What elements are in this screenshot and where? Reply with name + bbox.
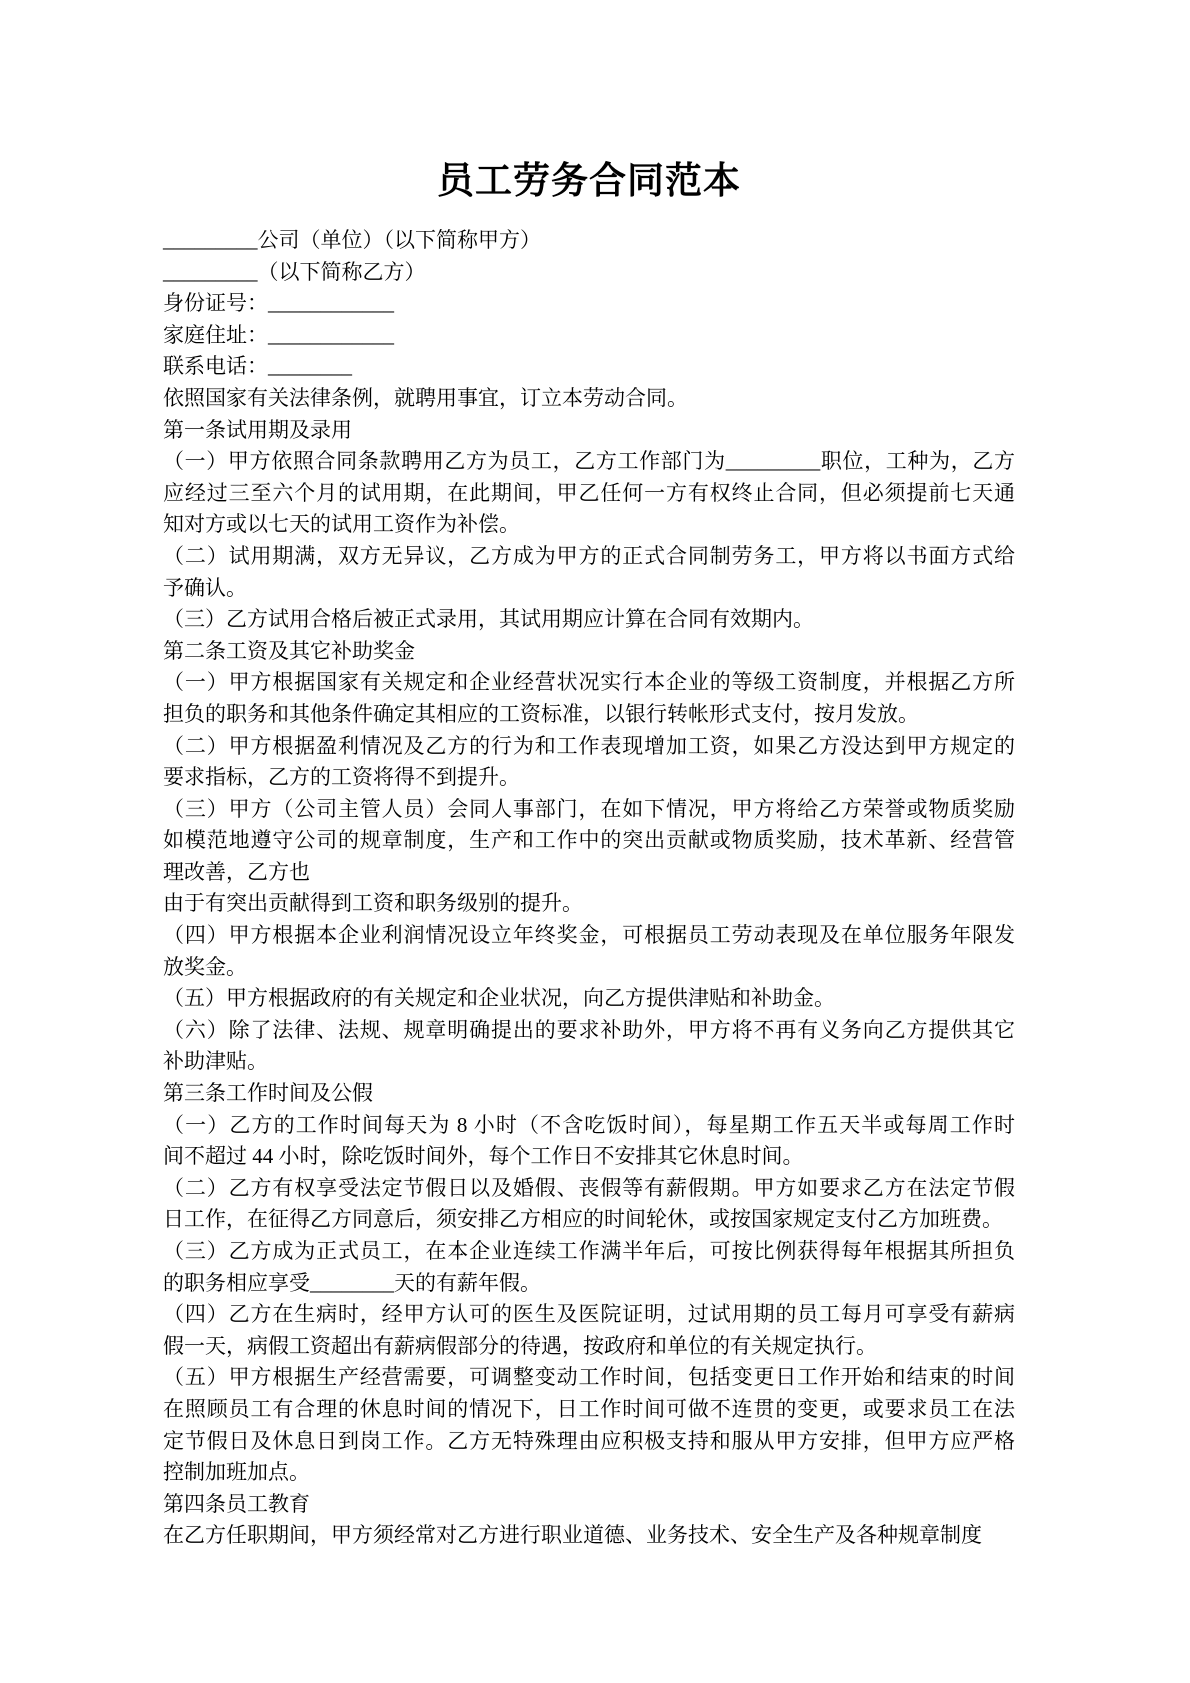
doc-line: 家庭住址：____________: [163, 320, 1015, 352]
doc-line: 理改善，乙方也: [163, 857, 1015, 889]
paragraph-article3-item4: （四）乙方在生病时，经甲方认可的医生及医院证明，过试用期的员工每月可享受有薪病 …: [163, 1299, 1015, 1362]
doc-line: 假一天，病假工资超出有薪病假部分的待遇，按政府和单位的有关规定执行。: [163, 1331, 1015, 1363]
heading-article-2: 第二条工资及其它补助奖金: [163, 636, 1015, 668]
doc-line: （五）甲方根据政府的有关规定和企业状况，向乙方提供津贴和补助金。: [163, 983, 1015, 1015]
doc-line: （二）甲方根据盈利情况及乙方的行为和工作表现增加工资，如果乙方没达到甲方规定的: [163, 731, 1015, 763]
paragraph-article2-item1: （一）甲方根据国家有关规定和企业经营状况实行本企业的等级工资制度，并根据乙方所 …: [163, 667, 1015, 730]
doc-line: 依照国家有关法律条例，就聘用事宜，订立本劳动合同。: [163, 383, 1015, 415]
heading-article-1: 第一条试用期及录用: [163, 415, 1015, 447]
paragraph-party-b: _________（以下简称乙方）: [163, 257, 1015, 289]
doc-line: 放奖金。: [163, 952, 1015, 984]
doc-line: 由于有突出贡献得到工资和职务级别的提升。: [163, 888, 1015, 920]
paragraph-phone: 联系电话：________: [163, 351, 1015, 383]
paragraph-home-address: 家庭住址：____________: [163, 320, 1015, 352]
paragraph-article2-item4: （四）甲方根据本企业利润情况设立年终奖金，可根据员工劳动表现及在单位服务年限发 …: [163, 920, 1015, 983]
doc-line: 第四条员工教育: [163, 1489, 1015, 1521]
paragraph-article3-item2: （二）乙方有权享受法定节假日以及婚假、丧假等有薪假期。甲方如要求乙方在法定节假 …: [163, 1173, 1015, 1236]
paragraph-article1-item3: （三）乙方试用合格后被正式录用，其试用期应计算在合同有效期内。: [163, 604, 1015, 636]
doc-line: _________（以下简称乙方）: [163, 257, 1015, 289]
heading-article-4: 第四条员工教育: [163, 1489, 1015, 1521]
doc-line: 知对方或以七天的试用工资作为补偿。: [163, 509, 1015, 541]
doc-line: （一）甲方依照合同条款聘用乙方为员工，乙方工作部门为_________职位，工种…: [163, 446, 1015, 478]
doc-line: 第一条试用期及录用: [163, 415, 1015, 447]
paragraph-article1-item1: （一）甲方依照合同条款聘用乙方为员工，乙方工作部门为_________职位，工种…: [163, 446, 1015, 541]
doc-line: （二）试用期满，双方无异议，乙方成为甲方的正式合同制劳务工，甲方将以书面方式给: [163, 541, 1015, 573]
doc-line: 在照顾员工有合理的休息时间的情况下，日工作时间可做不连贯的变更，或要求员工在法: [163, 1394, 1015, 1426]
paragraph-party-a: _________公司（单位）（以下简称甲方）: [163, 225, 1015, 257]
paragraph-article4-body: 在乙方任职期间，甲方须经常对乙方进行职业道德、业务技术、安全生产及各种规章制度: [163, 1520, 1015, 1552]
doc-line: 予确认。: [163, 573, 1015, 605]
doc-line: 第三条工作时间及公假: [163, 1078, 1015, 1110]
doc-line: （三）甲方（公司主管人员）会同人事部门，在如下情况，甲方将给乙方荣誉或物质奖励: [163, 794, 1015, 826]
paragraph-article3-item1: （一）乙方的工作时间每天为 8 小时（不含吃饭时间），每星期工作五天半或每周工作…: [163, 1110, 1015, 1173]
doc-line: 联系电话：________: [163, 351, 1015, 383]
doc-line: （一）甲方根据国家有关规定和企业经营状况实行本企业的等级工资制度，并根据乙方所: [163, 667, 1015, 699]
paragraph-article2-item6: （六）除了法律、法规、规章明确提出的要求补助外，甲方将不再有义务向乙方提供其它 …: [163, 1015, 1015, 1078]
doc-line: 在乙方任职期间，甲方须经常对乙方进行职业道德、业务技术、安全生产及各种规章制度: [163, 1520, 1015, 1552]
doc-line: 身份证号：____________: [163, 288, 1015, 320]
paragraph-article3-item3: （三）乙方成为正式员工，在本企业连续工作满半年后，可按比例获得每年根据其所担负 …: [163, 1236, 1015, 1299]
doc-line: 第二条工资及其它补助奖金: [163, 636, 1015, 668]
document-body: 员工劳务合同范本 _________公司（单位）（以下简称甲方） _______…: [0, 0, 1190, 1552]
doc-line: 间不超过 44 小时，除吃饭时间外，每个工作日不安排其它休息时间。: [163, 1141, 1015, 1173]
doc-line: 如模范地遵守公司的规章制度，生产和工作中的突出贡献或物质奖励，技术革新、经营管: [163, 825, 1015, 857]
doc-line: 的职务相应享受________天的有薪年假。: [163, 1268, 1015, 1300]
doc-line: 要求指标，乙方的工资将得不到提升。: [163, 762, 1015, 794]
doc-line: （六）除了法律、法规、规章明确提出的要求补助外，甲方将不再有义务向乙方提供其它: [163, 1015, 1015, 1047]
doc-line: 应经过三至六个月的试用期，在此期间，甲乙任何一方有权终止合同，但必须提前七天通: [163, 478, 1015, 510]
contract-document-page: 员工劳务合同范本 _________公司（单位）（以下简称甲方） _______…: [0, 0, 1190, 1683]
doc-line: 控制加班加点。: [163, 1457, 1015, 1489]
heading-article-3: 第三条工作时间及公假: [163, 1078, 1015, 1110]
doc-line: （三）乙方成为正式员工，在本企业连续工作满半年后，可按比例获得每年根据其所担负: [163, 1236, 1015, 1268]
paragraph-article3-item5: （五）甲方根据生产经营需要，可调整变动工作时间，包括变更日工作开始和结束的时间 …: [163, 1362, 1015, 1488]
paragraph-id-number: 身份证号：____________: [163, 288, 1015, 320]
paragraph-preamble: 依照国家有关法律条例，就聘用事宜，订立本劳动合同。: [163, 383, 1015, 415]
doc-line: _________公司（单位）（以下简称甲方）: [163, 225, 1015, 257]
doc-line: （四）甲方根据本企业利润情况设立年终奖金，可根据员工劳动表现及在单位服务年限发: [163, 920, 1015, 952]
doc-line: 日工作，在征得乙方同意后，须安排乙方相应的时间轮休，或按国家规定支付乙方加班费。: [163, 1204, 1015, 1236]
paragraph-article2-item3: （三）甲方（公司主管人员）会同人事部门，在如下情况，甲方将给乙方荣誉或物质奖励 …: [163, 794, 1015, 889]
document-title: 员工劳务合同范本: [163, 0, 1015, 205]
paragraph-article2-item2: （二）甲方根据盈利情况及乙方的行为和工作表现增加工资，如果乙方没达到甲方规定的 …: [163, 731, 1015, 794]
doc-line: （二）乙方有权享受法定节假日以及婚假、丧假等有薪假期。甲方如要求乙方在法定节假: [163, 1173, 1015, 1205]
doc-line: （一）乙方的工作时间每天为 8 小时（不含吃饭时间），每星期工作五天半或每周工作…: [163, 1110, 1015, 1142]
doc-line: 定节假日及休息日到岗工作。乙方无特殊理由应积极支持和服从甲方安排，但甲方应严格: [163, 1426, 1015, 1458]
paragraph-article1-item2: （二）试用期满，双方无异议，乙方成为甲方的正式合同制劳务工，甲方将以书面方式给 …: [163, 541, 1015, 604]
doc-line: （五）甲方根据生产经营需要，可调整变动工作时间，包括变更日工作开始和结束的时间: [163, 1362, 1015, 1394]
doc-line: 补助津贴。: [163, 1046, 1015, 1078]
paragraph-article2-item3-cont: 由于有突出贡献得到工资和职务级别的提升。: [163, 888, 1015, 920]
doc-line: （四）乙方在生病时，经甲方认可的医生及医院证明，过试用期的员工每月可享受有薪病: [163, 1299, 1015, 1331]
doc-line: （三）乙方试用合格后被正式录用，其试用期应计算在合同有效期内。: [163, 604, 1015, 636]
doc-line: 担负的职务和其他条件确定其相应的工资标准，以银行转帐形式支付，按月发放。: [163, 699, 1015, 731]
paragraph-article2-item5: （五）甲方根据政府的有关规定和企业状况，向乙方提供津贴和补助金。: [163, 983, 1015, 1015]
